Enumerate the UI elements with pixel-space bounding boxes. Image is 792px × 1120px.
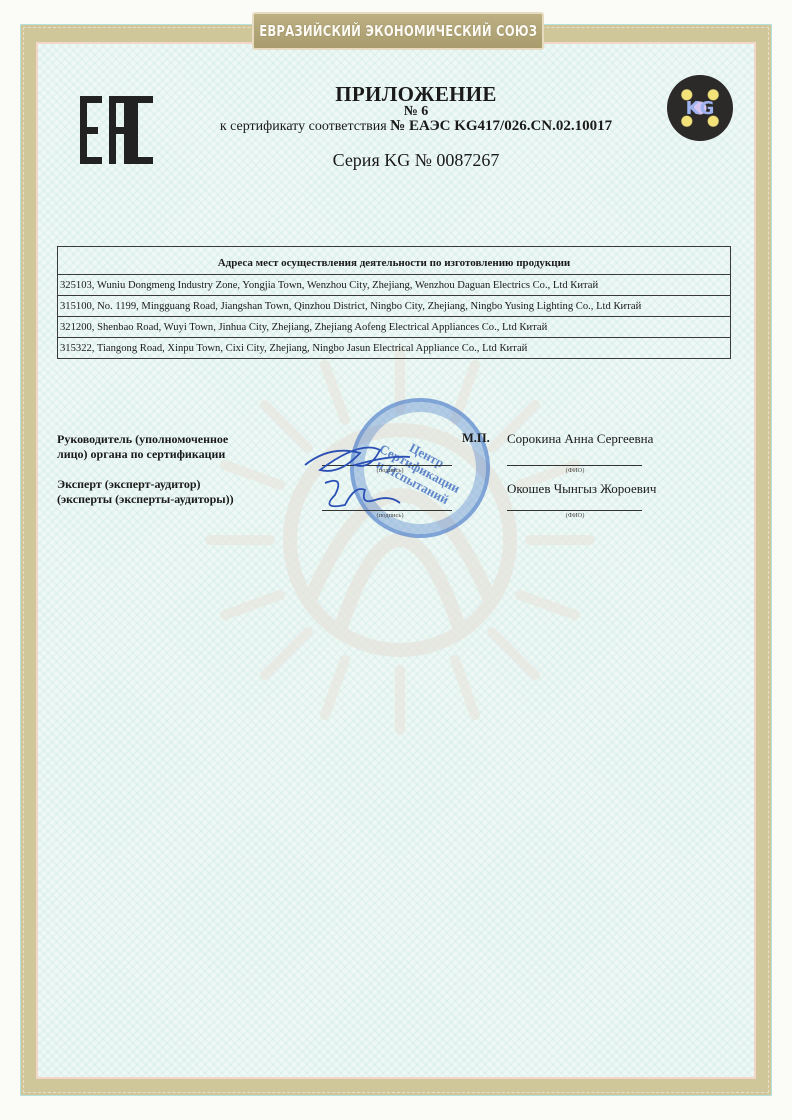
expert-label: Эксперт (эксперт-аудитор) (эксперты (экс… [57, 477, 234, 507]
table-row: 315100, No. 1199, Mingguang Road, Jiangs… [58, 296, 731, 317]
series-number: Серия KG № 0087267 [0, 150, 792, 171]
table-row: 321200, Shenbao Road, Wuyi Town, Jinhua … [58, 317, 731, 338]
address-cell: 315100, No. 1199, Mingguang Road, Jiangs… [58, 296, 731, 317]
table-row: 315322, Tiangong Road, Xinpu Town, Cixi … [58, 338, 731, 359]
certificate-number: № ЕАЭС KG417/026.CN.02.10017 [390, 118, 612, 134]
expert-signature-icon [315, 475, 405, 515]
eurasian-union-banner: ЕВРАЗИЙСКИЙ ЭКОНОМИЧЕСКИЙ СОЮЗ [252, 12, 544, 50]
head-signature-icon [300, 435, 420, 480]
head-name-caption: (ФИО) [545, 467, 605, 474]
expert-name-caption: (ФИО) [545, 512, 605, 519]
banner-text: ЕВРАЗИЙСКИЙ ЭКОНОМИЧЕСКИЙ СОЮЗ [259, 22, 537, 40]
address-cell: 321200, Shenbao Road, Wuyi Town, Jinhua … [58, 317, 731, 338]
certificate-guilloche-background [36, 42, 756, 1079]
head-of-body-label: Руководитель (уполномоченное лицо) орган… [57, 432, 228, 462]
head-name-line [507, 465, 642, 466]
table-row: 325103, Wuniu Dongmeng Industry Zone, Yo… [58, 275, 731, 296]
certificate-reference: к сертификату соответствия № ЕАЭС KG417/… [0, 118, 792, 135]
address-cell: 325103, Wuniu Dongmeng Industry Zone, Yo… [58, 275, 731, 296]
table-header: Адреса мест осуществления деятельности п… [58, 247, 731, 275]
production-addresses-table: Адреса мест осуществления деятельности п… [57, 246, 731, 359]
expert-full-name: Окошев Чынгыз Жороевич [507, 481, 656, 497]
certificate-prefix: к сертификату соответствия [220, 119, 387, 134]
address-cell: 315322, Tiangong Road, Xinpu Town, Cixi … [58, 338, 731, 359]
seal-placement-label: М.П. [462, 431, 490, 446]
head-full-name: Сорокина Анна Сергеевна [507, 431, 653, 447]
expert-name-line [507, 510, 642, 511]
